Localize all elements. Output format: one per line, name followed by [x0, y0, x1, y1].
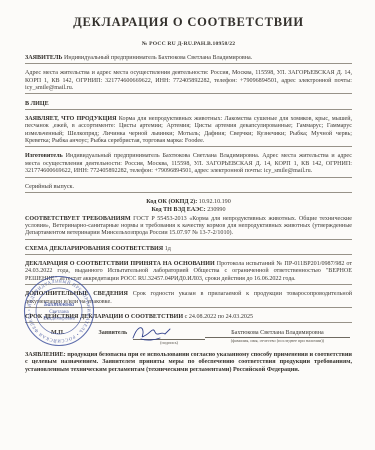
conformity-requirements-section: СООТВЕТСТВУЕТ ТРЕБОВАНИЯМ ГОСТ Р 55453-2… [25, 216, 352, 240]
applicant-label: ЗАЯВИТЕЛЬ [25, 55, 62, 61]
product-section: ЗАЯВЛЯЕТ, ЧТО ПРОДУКЦИЯ Корма для непрод… [25, 116, 352, 147]
validity-value: с 24.08.2022 по 24.03.2025 [185, 314, 253, 320]
applicant-section: ЗАЯВИТЕЛЬ Индивидуальный предприниматель… [25, 55, 352, 64]
tnved-code-value: 230990 [207, 207, 225, 213]
okpd-code-label: Код ОК (ОКПД 2): [146, 199, 197, 205]
manufacturer-value: Индивидуальный предприниматель Бахтюкова… [25, 153, 352, 174]
document-title: ДЕКЛАРАЦИЯ О СООТВЕТСТВИИ [25, 15, 352, 30]
applicant-value: Индивидуальный предприниматель Бахтюкова… [64, 55, 252, 61]
signer-name-field: Бахтюкова Светлана Владимировна (фамилия… [205, 330, 350, 344]
stamp-place-label: М.П. [51, 330, 65, 336]
declaration-document: ДЕКЛАРАЦИЯ О СООТВЕТСТВИИ № РОСС RU Д-RU… [0, 0, 375, 450]
handwritten-signature [129, 324, 173, 342]
in-person-label: В ЛИЦЕ [25, 101, 49, 107]
signer-name: Бахтюкова Светлана Владимировна [205, 330, 350, 338]
product-label: ЗАЯВЛЯЕТ, ЧТО ПРОДУКЦИЯ [25, 116, 116, 122]
signature-field: (подпись) [133, 330, 205, 346]
declaration-scheme-section: СХЕМА ДЕКЛАРИРОВАНИЯ СООТВЕТСТВИЯ 1д [25, 246, 352, 255]
okpd-code-row: Код ОК (ОКПД 2): 10.92.10.190 [25, 199, 352, 207]
safety-statement-text: продукция безопасна при ее использовании… [25, 351, 352, 373]
tnved-code-label: Код ТН ВЭД ЕАЭС: [151, 207, 205, 213]
okpd-code-value: 10.92.10.190 [199, 199, 231, 205]
additional-info-label: ДОПОЛНИТЕЛЬНЫЕ СВЕДЕНИЯ [25, 291, 128, 297]
manufacturer-label: Изготовитель [25, 153, 63, 159]
basis-section: ДЕКЛАРАЦИЯ О СООТВЕТСТВИИ ПРИНЯТА НА ОСН… [25, 261, 352, 285]
codes-block: Код ОК (ОКПД 2): 10.92.10.190 Код ТН ВЭД… [25, 199, 352, 214]
manufacturer-section: Изготовитель Индивидуальный предпринимат… [25, 153, 352, 177]
validity-label: СРОК ДЕЙСТВИЯ ДЕКЛАРАЦИИ О СООТВЕТСТВИИ [25, 314, 183, 320]
declaration-scheme-label: СХЕМА ДЕКЛАРИРОВАНИЯ СООТВЕТСТВИЯ [25, 246, 163, 252]
declaration-number: № РОСС RU Д-RU.РАН.В.10958/22 [25, 41, 352, 47]
validity-section: СРОК ДЕЙСТВИЯ ДЕКЛАРАЦИИ О СООТВЕТСТВИИ … [25, 314, 352, 323]
basis-label: ДЕКЛАРАЦИЯ О СООТВЕТСТВИИ ПРИНЯТА НА ОСН… [25, 261, 215, 267]
safety-statement: ЗАЯВЛЕНИЕ: продукция безопасна при ее ис… [25, 351, 352, 374]
document-body: ДЕКЛАРАЦИЯ О СООТВЕТСТВИИ № РОСС RU Д-RU… [25, 0, 352, 380]
signature-row: М.П. Заявитель (подпись) Бахтюкова Светл… [25, 330, 352, 346]
declaration-scheme-value: 1д [165, 246, 171, 252]
signature-line [133, 330, 205, 340]
safety-statement-label: ЗАЯВЛЕНИЕ: [25, 351, 66, 358]
tnved-code-row: Код ТН ВЭД ЕАЭС: 230990 [25, 207, 352, 215]
serial-issue: Серийный выпуск. [25, 184, 352, 193]
conformity-requirements-label: СООТВЕТСТВУЕТ ТРЕБОВАНИЯМ [25, 216, 131, 222]
signer-role-label: Заявитель [99, 330, 128, 336]
signer-name-caption: (фамилия, имя, отчество (последнее при н… [205, 338, 350, 344]
in-person-section: В ЛИЦЕ [25, 101, 352, 110]
additional-info-section: ДОПОЛНИТЕЛЬНЫЕ СВЕДЕНИЯ Срок годности ук… [25, 291, 352, 308]
applicant-address: Адрес места жительства и адрес места осу… [25, 70, 352, 94]
